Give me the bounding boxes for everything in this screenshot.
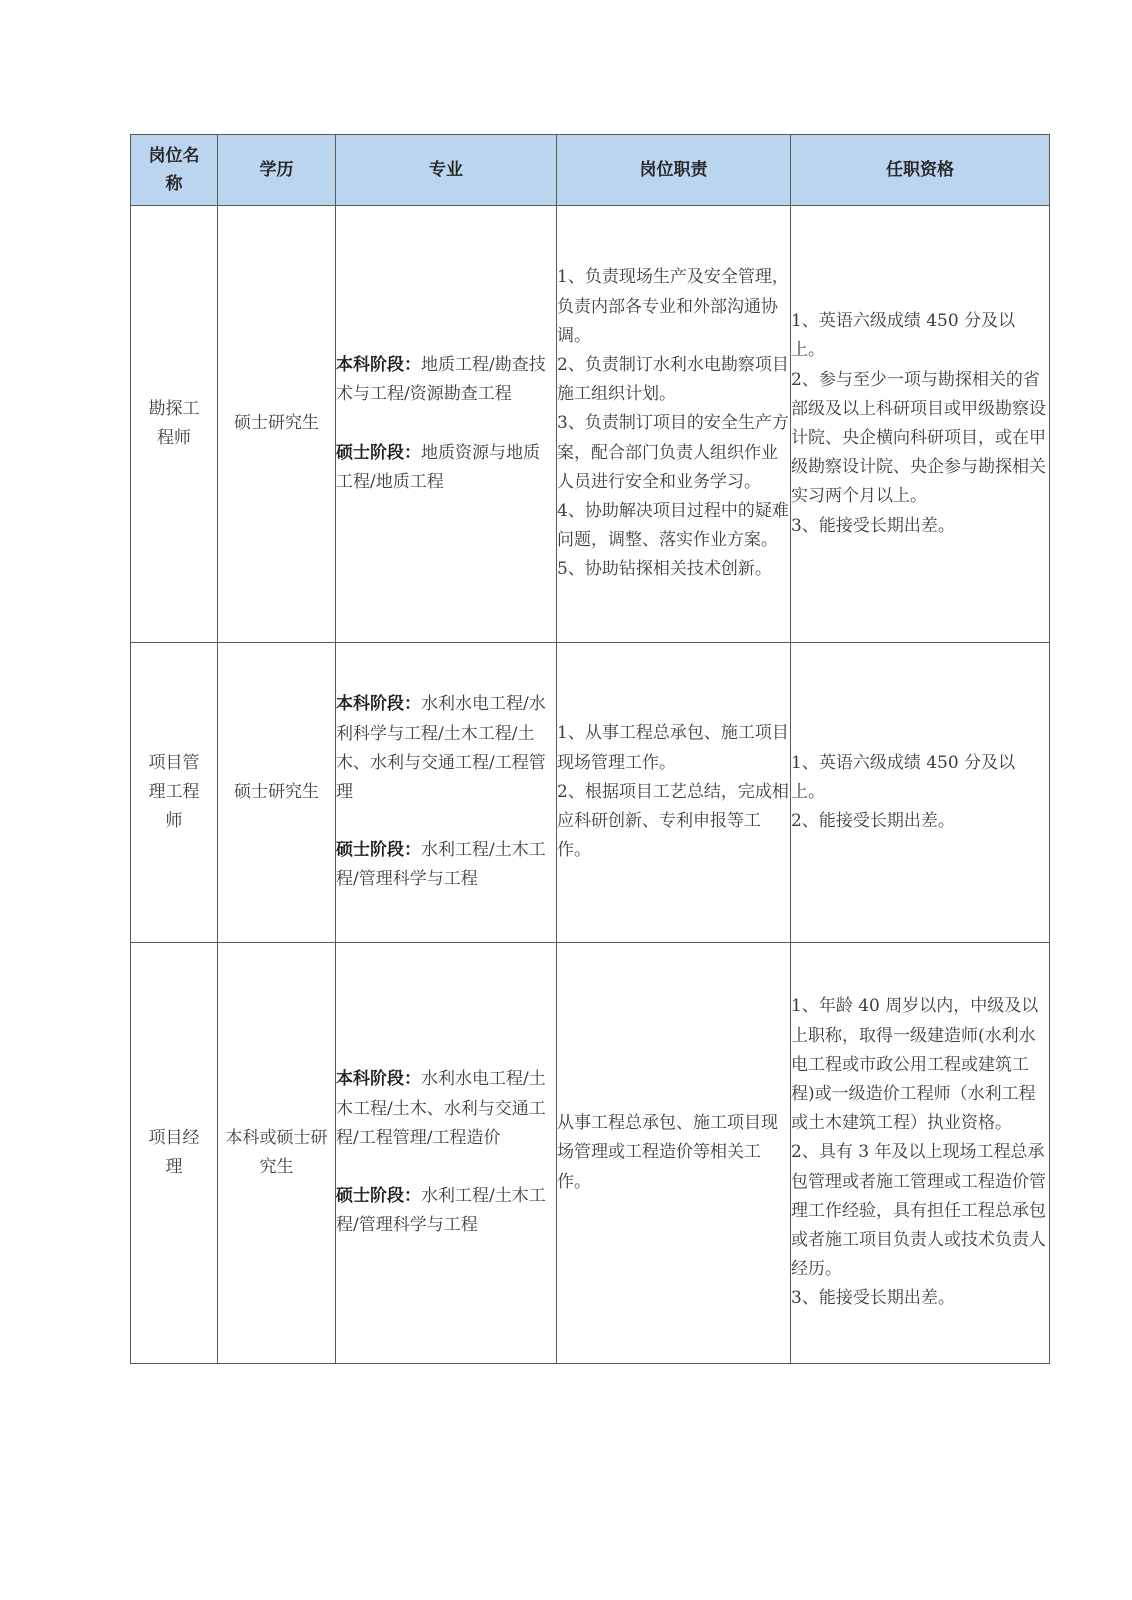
job-requirements-table: 岗位名称 学历 专业 岗位职责 任职资格 勘探工程师 硕士研究生 本科阶段：地质… xyxy=(130,134,1050,1364)
qualification-item: 1、英语六级成绩 450 分及以上。 xyxy=(791,307,1049,365)
duties-cell: 从事工程总承包、施工项目现场管理或工程造价等相关工作。 xyxy=(557,943,791,1364)
education-cell: 硕士研究生 xyxy=(218,206,336,643)
qualification-item: 1、年龄 40 周岁以内，中级及以上职称，取得一级建造师(水利水电工程或市政公用… xyxy=(791,992,1049,1138)
table-row: 项目管理工程师 硕士研究生 本科阶段：水利水电工程/水利科学与工程/土木工程/土… xyxy=(131,643,1050,943)
major-master: 硕士阶段：水利工程/土木工程/管理科学与工程 xyxy=(336,836,556,894)
master-label: 硕士阶段： xyxy=(336,443,421,463)
document-page: 岗位名称 学历 专业 岗位职责 任职资格 勘探工程师 硕士研究生 本科阶段：地质… xyxy=(0,0,1132,1600)
header-position-name: 岗位名称 xyxy=(131,135,218,206)
header-row: 岗位名称 学历 专业 岗位职责 任职资格 xyxy=(131,135,1050,206)
duty-item: 5、协助钻探相关技术创新。 xyxy=(557,555,790,584)
duty-item: 2、负责制订水利水电勘察项目施工组织计划。 xyxy=(557,351,790,409)
header-qualifications: 任职资格 xyxy=(791,135,1050,206)
qualification-item: 2、能接受长期出差。 xyxy=(791,807,1049,836)
education-cell: 本科或硕士研究生 xyxy=(218,943,336,1364)
position-name-cell: 勘探工程师 xyxy=(131,206,218,643)
table-body: 勘探工程师 硕士研究生 本科阶段：地质工程/勘查技术与工程/资源勘查工程 硕士阶… xyxy=(131,206,1050,1364)
table-row: 勘探工程师 硕士研究生 本科阶段：地质工程/勘查技术与工程/资源勘查工程 硕士阶… xyxy=(131,206,1050,643)
major-cell: 本科阶段：地质工程/勘查技术与工程/资源勘查工程 硕士阶段：地质资源与地质工程/… xyxy=(336,206,557,643)
qualifications-cell: 1、年龄 40 周岁以内，中级及以上职称，取得一级建造师(水利水电工程或市政公用… xyxy=(791,943,1050,1364)
major-cell: 本科阶段：水利水电工程/土木工程/土木、水利与交通工程/工程管理/工程造价 硕士… xyxy=(336,943,557,1364)
qualification-item: 1、英语六级成绩 450 分及以上。 xyxy=(791,749,1049,807)
qualification-item: 3、能接受长期出差。 xyxy=(791,1284,1049,1313)
major-cell: 本科阶段：水利水电工程/水利科学与工程/土木工程/土木、水利与交通工程/工程管理… xyxy=(336,643,557,943)
header-education: 学历 xyxy=(218,135,336,206)
undergrad-label: 本科阶段： xyxy=(336,355,421,375)
major-undergrad: 本科阶段：地质工程/勘查技术与工程/资源勘查工程 xyxy=(336,351,556,409)
master-label: 硕士阶段： xyxy=(336,1186,421,1206)
major-undergrad: 本科阶段：水利水电工程/土木工程/土木、水利与交通工程/工程管理/工程造价 xyxy=(336,1065,556,1153)
qualification-item: 2、参与至少一项与勘探相关的省部级及以上科研项目或甲级勘察设计院、央企横向科研项… xyxy=(791,366,1049,512)
header-duties: 岗位职责 xyxy=(557,135,791,206)
position-name-cell: 项目经理 xyxy=(131,943,218,1364)
duty-item: 1、从事工程总承包、施工项目现场管理工作。 xyxy=(557,719,790,777)
qualifications-cell: 1、英语六级成绩 450 分及以上。 2、参与至少一项与勘探相关的省部级及以上科… xyxy=(791,206,1050,643)
education-cell: 硕士研究生 xyxy=(218,643,336,943)
duties-cell: 1、从事工程总承包、施工项目现场管理工作。 2、根据项目工艺总结，完成相应科研创… xyxy=(557,643,791,943)
position-name-cell: 项目管理工程师 xyxy=(131,643,218,943)
header-major: 专业 xyxy=(336,135,557,206)
qualification-item: 2、具有 3 年及以上现场工程总承包管理或者施工管理或工程造价管理工作经验，具有… xyxy=(791,1138,1049,1284)
duties-cell: 1、负责现场生产及安全管理，负责内部各专业和外部沟通协调。 2、负责制订水利水电… xyxy=(557,206,791,643)
duty-item: 从事工程总承包、施工项目现场管理或工程造价等相关工作。 xyxy=(557,1109,790,1197)
duty-item: 1、负责现场生产及安全管理，负责内部各专业和外部沟通协调。 xyxy=(557,263,790,351)
duty-item: 3、负责制订项目的安全生产方案，配合部门负责人组织作业人员进行安全和业务学习。 xyxy=(557,409,790,497)
master-label: 硕士阶段： xyxy=(336,840,421,860)
qualification-item: 3、能接受长期出差。 xyxy=(791,512,1049,541)
qualifications-cell: 1、英语六级成绩 450 分及以上。 2、能接受长期出差。 xyxy=(791,643,1050,943)
undergrad-label: 本科阶段： xyxy=(336,1069,421,1089)
table-header: 岗位名称 学历 专业 岗位职责 任职资格 xyxy=(131,135,1050,206)
duty-item: 2、根据项目工艺总结，完成相应科研创新、专利申报等工作。 xyxy=(557,778,790,866)
undergrad-label: 本科阶段： xyxy=(336,694,421,714)
major-master: 硕士阶段：地质资源与地质工程/地质工程 xyxy=(336,439,556,497)
major-undergrad: 本科阶段：水利水电工程/水利科学与工程/土木工程/土木、水利与交通工程/工程管理 xyxy=(336,690,556,807)
table-row: 项目经理 本科或硕士研究生 本科阶段：水利水电工程/土木工程/土木、水利与交通工… xyxy=(131,943,1050,1364)
duty-item: 4、协助解决项目过程中的疑难问题，调整、落实作业方案。 xyxy=(557,497,790,555)
major-master: 硕士阶段：水利工程/土木工程/管理科学与工程 xyxy=(336,1182,556,1240)
